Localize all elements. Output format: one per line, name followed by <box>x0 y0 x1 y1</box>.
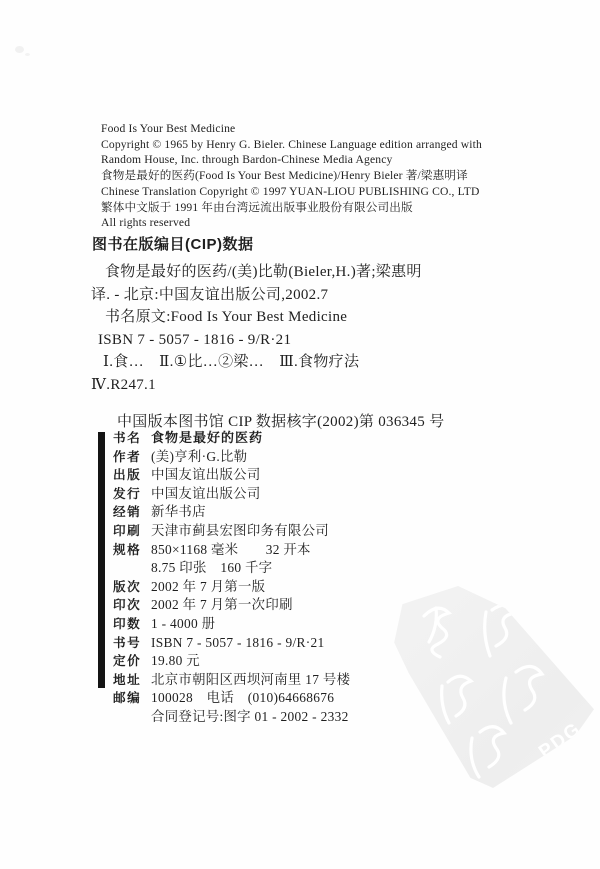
colophon-row-label: 书号 <box>113 634 151 653</box>
colophon-row-value: 新华书店 <box>151 503 206 522</box>
colophon-row-label: 邮编 <box>113 689 151 708</box>
colophon-row-value: (美)亨利·G.比勒 <box>151 448 247 467</box>
colophon-row: 发行 中国友谊出版公司 <box>113 485 473 504</box>
cip-lines: 食物是最好的医药/(美)比勒(Bieler,H.)著;梁惠明 译. - 北京:中… <box>91 261 516 397</box>
colophon-row-label: 定价 <box>113 652 151 671</box>
colophon-row-label: 印数 <box>113 615 151 634</box>
colophon-row-label: 作者 <box>113 448 151 467</box>
copyright-line: Random House, Inc. through Bardon-Chines… <box>101 152 513 168</box>
colophon-row-label: 规格 <box>113 541 151 560</box>
colophon-row-value: 中国友谊出版公司 <box>151 466 261 485</box>
cip-line: 食物是最好的医药/(美)比勒(Bieler,H.)著;梁惠明 <box>91 261 516 284</box>
colophon-row-label <box>113 559 151 578</box>
colophon-row: 8.75 印张 160 千字 <box>113 559 473 578</box>
colophon-row-label: 经销 <box>113 503 151 522</box>
copyright-line: Copyright © 1965 by Henry G. Bieler. Chi… <box>101 137 513 153</box>
colophon-row: 邮编 100028 电话 (010)64668676 <box>113 689 473 708</box>
colophon-row-value: ISBN 7 - 5057 - 1816 - 9/R·21 <box>151 634 324 653</box>
colophon-row-value: 北京市朝阳区西坝河南里 17 号楼 <box>151 671 350 690</box>
cip-heading: 图书在版编目(CIP)数据 <box>92 233 516 254</box>
colophon-row-value: 850×1168 毫米 32 开本 <box>151 541 311 560</box>
copyright-line: Chinese Translation Copyright © 1997 YUA… <box>101 184 513 200</box>
cip-line: 书名原文:Food Is Your Best Medicine <box>91 306 516 329</box>
colophon-row: 印刷 天津市蓟县宏图印务有限公司 <box>113 522 473 541</box>
copyright-line: 食物是最好的医药(Food Is Your Best Medicine)/Hen… <box>101 168 513 184</box>
cip-data-block: 图书在版编目(CIP)数据 食物是最好的医药/(美)比勒(Bieler,H.)著… <box>91 233 516 433</box>
colophon-row-label: 地址 <box>113 671 151 690</box>
colophon-row-value: 食物是最好的医药 <box>151 429 263 448</box>
colophon-row: 版次 2002 年 7 月第一版 <box>113 578 473 597</box>
colophon-row-value: 2002 年 7 月第一版 <box>151 578 265 597</box>
colophon-row-value: 2002 年 7 月第一次印刷 <box>151 596 293 615</box>
book-copyright-page: Food Is Your Best Medicine Copyright © 1… <box>0 0 600 869</box>
copyright-line: Food Is Your Best Medicine <box>101 121 513 137</box>
colophon-row-label: 出版 <box>113 466 151 485</box>
colophon-row-value: 8.75 印张 160 千字 <box>151 559 272 578</box>
copyright-line: 繁体中文版于 1991 年由台湾远流出版事业股份有限公司出版 <box>101 200 513 216</box>
colophon-row-label: 版次 <box>113 578 151 597</box>
colophon-row-label: 印刷 <box>113 522 151 541</box>
cip-line: Ⅰ.食… Ⅱ.①比…②梁… Ⅲ.食物疗法 <box>91 351 516 374</box>
colophon-row-label <box>113 708 151 727</box>
copyright-line: All rights reserved <box>101 215 513 231</box>
cip-line: Ⅳ.R247.1 <box>91 374 516 397</box>
scan-speck <box>15 46 24 53</box>
colophon-row-label: 印次 <box>113 596 151 615</box>
colophon-row-value: 19.80 元 <box>151 652 200 671</box>
colophon-row-value: 100028 电话 (010)64668676 <box>151 689 334 708</box>
colophon-row: 书名 食物是最好的医药 <box>113 429 473 448</box>
colophon-row-value: 1 - 4000 册 <box>151 615 215 634</box>
colophon-row: 作者 (美)亨利·G.比勒 <box>113 448 473 467</box>
cip-line: ISBN 7 - 5057 - 1816 - 9/R·21 <box>91 329 516 352</box>
colophon-row-value: 中国友谊出版公司 <box>151 485 261 504</box>
pdg-watermark: PDG <box>388 586 594 788</box>
colophon-row-label: 书名 <box>113 429 151 448</box>
colophon-row-value: 合同登记号:图字 01 - 2002 - 2332 <box>151 708 349 727</box>
seal-script-decoration <box>388 586 594 788</box>
colophon-row: 合同登记号:图字 01 - 2002 - 2332 <box>113 708 473 727</box>
colophon-row: 出版 中国友谊出版公司 <box>113 466 473 485</box>
copyright-notice-block: Food Is Your Best Medicine Copyright © 1… <box>101 121 513 231</box>
left-rule <box>98 432 105 688</box>
colophon-row-value: 天津市蓟县宏图印务有限公司 <box>151 522 329 541</box>
colophon-row-label: 发行 <box>113 485 151 504</box>
colophon-row: 规格 850×1168 毫米 32 开本 <box>113 541 473 560</box>
cip-line: 译. - 北京:中国友谊出版公司,2002.7 <box>91 284 516 307</box>
colophon-row: 经销 新华书店 <box>113 503 473 522</box>
